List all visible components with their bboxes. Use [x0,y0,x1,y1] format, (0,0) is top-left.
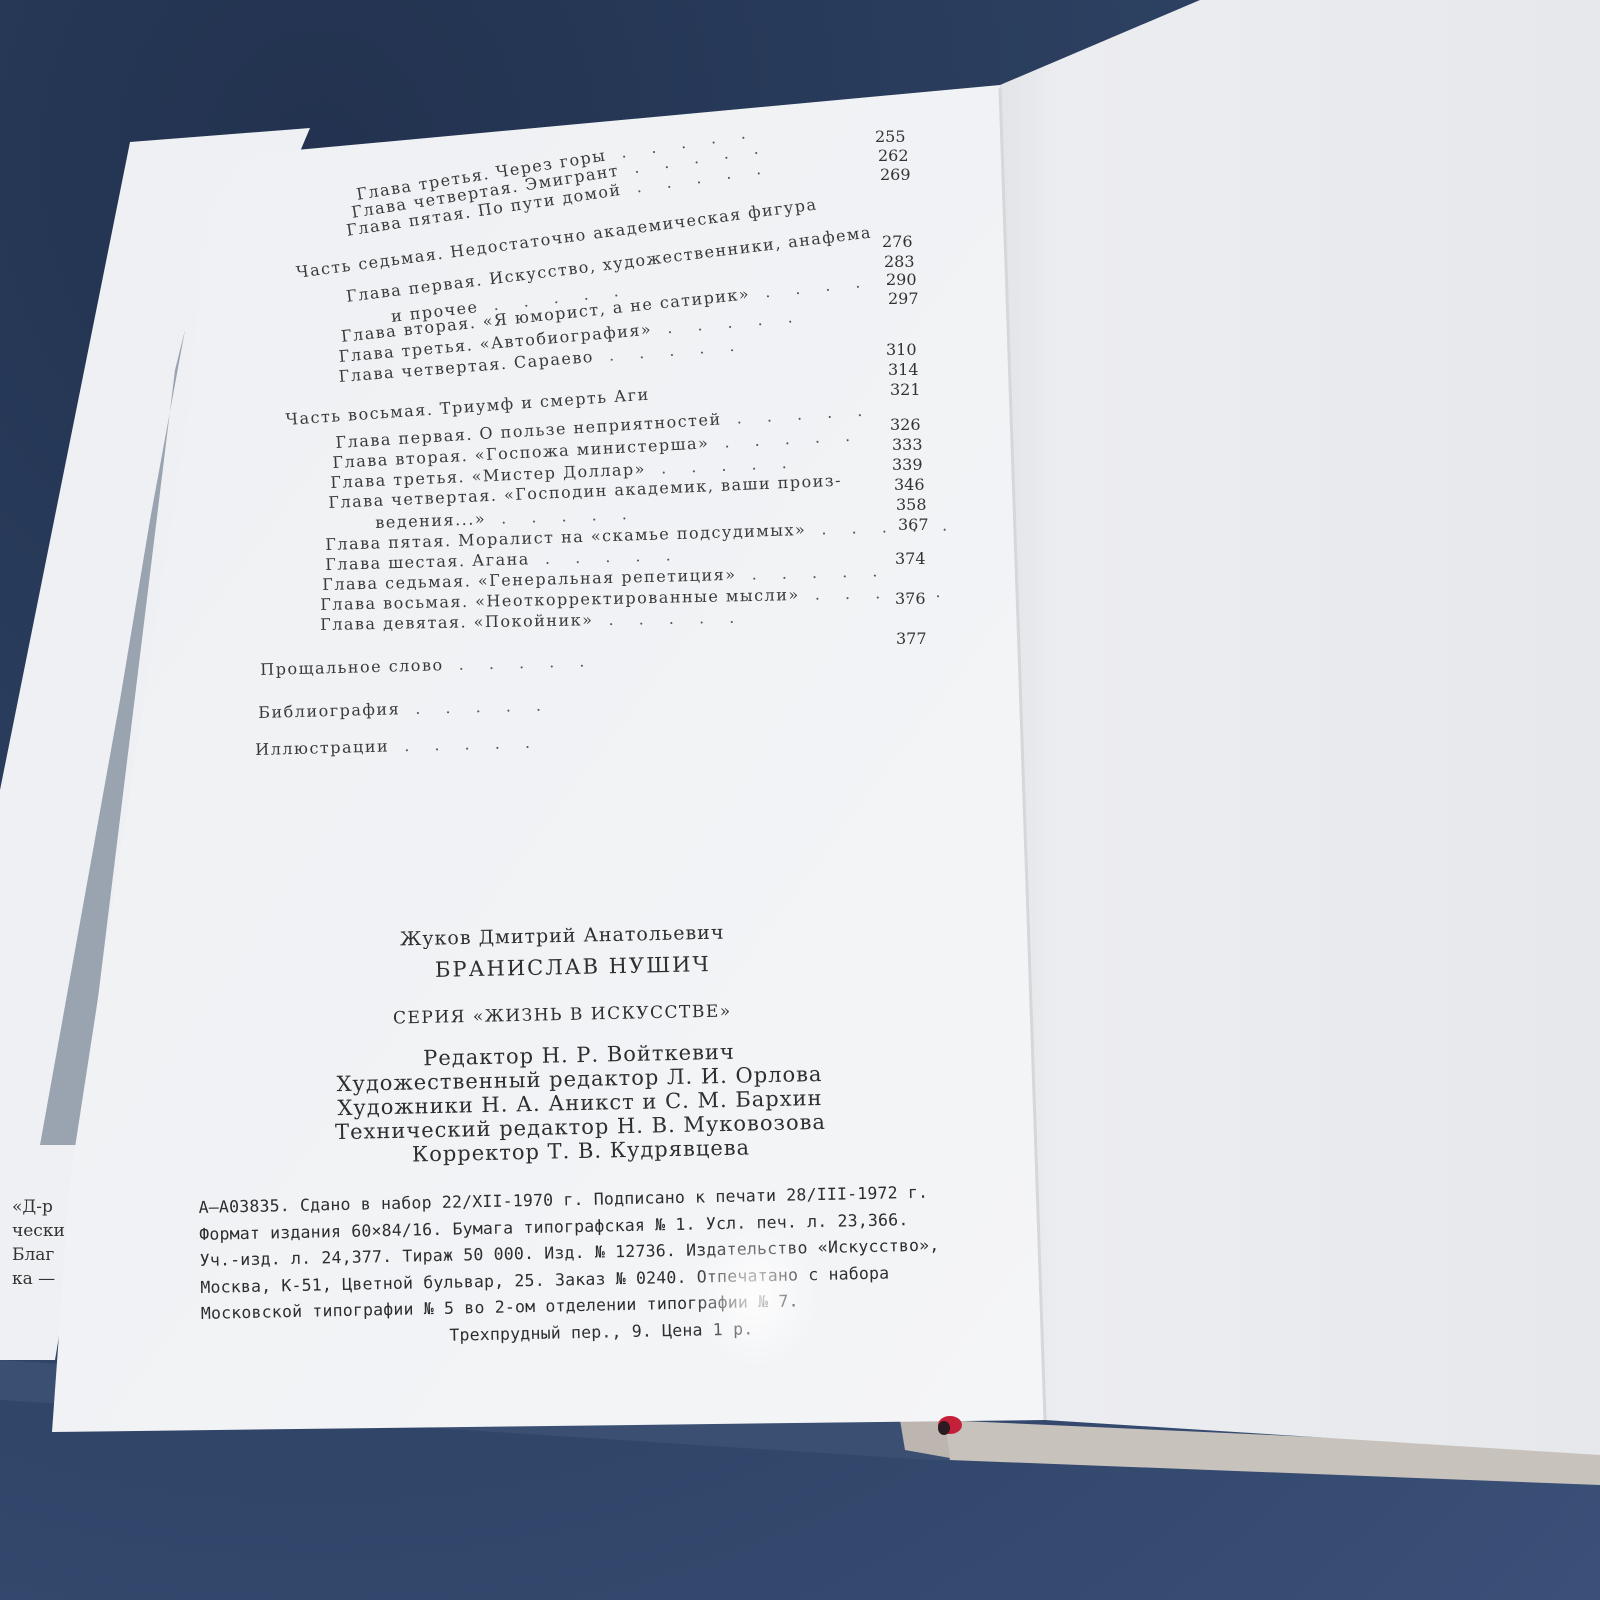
toc-entry-title: Библиография [258,699,400,722]
toc-page-number: 290 [886,270,917,289]
toc-entry-title: Иллюстрации [255,736,389,758]
toc-entry-title: Прощальное слово [260,655,444,679]
table-of-contents: Глава третья. Через горы . . . . .255Гла… [250,115,950,695]
toc-entry-title: ведения...» [375,509,486,532]
toc-page-number: 297 [888,289,919,308]
credits-list: Редактор Н. Р. Войткевич Художественный … [319,1038,841,1169]
toc-leader-dots: . . . . . [530,545,681,568]
toc-page-number: 333 [892,435,923,454]
toc-leader-dots: . . . . . [709,425,861,452]
toc-leader-dots: . . . . . [806,515,957,539]
colophon: А–А03835. Сдано в набор 22/XII-1970 г. П… [198,1179,961,1354]
toc-leader-dots: . . . . . [400,695,551,718]
toc-page-number: 358 [896,495,927,514]
toc-page-number: 326 [890,415,921,434]
toc-page-number: 269 [880,165,911,184]
toc-page-number: 321 [890,380,921,399]
toc-page-number: 310 [886,340,917,359]
toc-page-number: 374 [895,549,926,568]
toc-page-number: 255 [875,127,906,146]
toc-page-number: 314 [888,360,919,379]
toc-leader-dots: . . . . . [486,504,637,528]
toc-page-number: 283 [884,252,915,271]
toc-page-number: 339 [892,455,923,474]
toc-page-number: 276 [882,232,913,251]
toc-page-number: 376 [895,589,926,608]
toc-leader-dots: . . . . . [736,561,887,584]
toc-page-number: 377 [896,629,927,648]
toc-page-number: 262 [878,146,909,165]
toc-entry-title: Глава девятая. «Покойник» [320,610,594,634]
toc-leader-dots: . . . . . [721,400,873,428]
toc-leader-dots: . . . . . [593,608,744,630]
toc-entry: Прощальное слово . . . . . [260,651,595,679]
toc-page-number: 367 [898,515,929,534]
toc-leader-dots: . . . . . [443,651,594,674]
toc-page-number: 346 [894,475,925,494]
toc-leader-dots: . . . . . [799,582,950,604]
toc-leader-dots: . . . . . [651,306,803,338]
toc-leader-dots: . . . . . [389,733,540,756]
toc-leader-dots: . . . . . [749,268,901,303]
